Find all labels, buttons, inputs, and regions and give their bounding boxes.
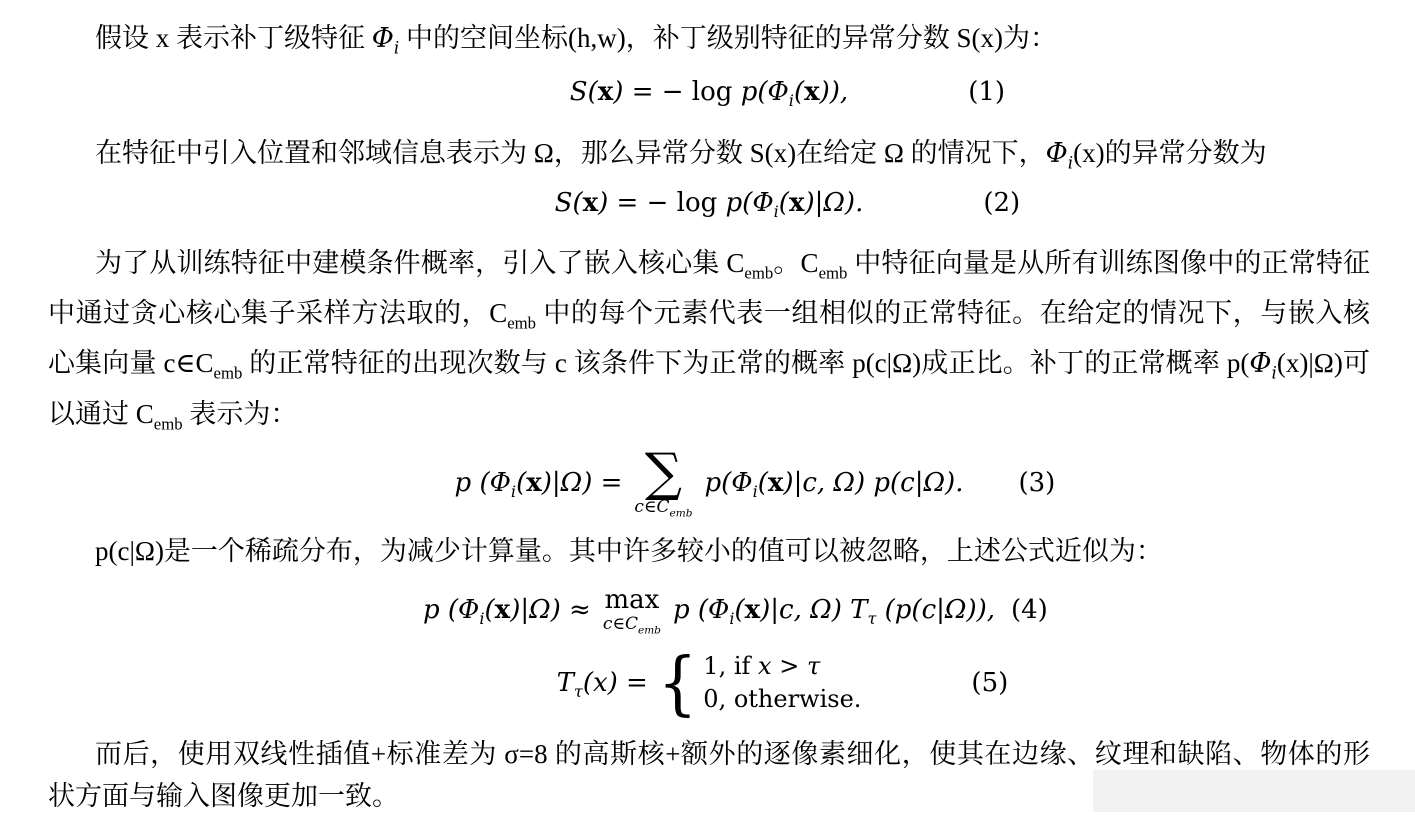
cases-block: 1, if x > τ 0, otherwise. (703, 650, 861, 716)
equation-4: p (Φi(x)|Ω) ≈ max c∈Cemb p (Φi(x)|c, Ω) … (48, 579, 1370, 641)
equation-1: S(x) = − log p(Φi(x)), (1) (48, 69, 1370, 115)
equation-3-rhs: p(Φi(x)|c, Ω) p(c|Ω). (704, 468, 963, 498)
case-line-2: 0, otherwise. (703, 683, 861, 716)
equation-2-body: S(x) = − log p(Φi(x)|Ω). (555, 188, 864, 218)
max-limits: c∈Cemb (603, 615, 661, 634)
document-page: 假设 x 表示补丁级特征 Φi 中的空间坐标(h,w)，补丁级别特征的异常分数 … (0, 0, 1415, 815)
equation-3-number: (3) (1018, 468, 1055, 498)
equation-2-number: (2) (983, 188, 1020, 218)
equation-2: S(x) = − log p(Φi(x)|Ω). (2) (48, 180, 1370, 226)
max-symbol: max (604, 587, 659, 613)
equation-1-number: (1) (968, 77, 1005, 107)
cases-brace: { (658, 651, 697, 716)
equation-5-number: (5) (971, 668, 1008, 698)
paragraph-sparse-distribution: p(c|Ω)是一个稀疏分布，为减少计算量。其中许多较小的值可以被忽略，上述公式近… (48, 531, 1370, 571)
paragraph-omega-context: 在特征中引入位置和邻域信息表示为 Ω，那么异常分数 S(x)在给定 Ω 的情况下… (48, 133, 1370, 174)
case-line-1: 1, if x > τ (703, 650, 861, 683)
summation-operator: ∑ c∈Cemb (634, 450, 692, 517)
sum-symbol: ∑ (645, 450, 682, 496)
max-operator: max c∈Cemb (603, 587, 661, 634)
equation-4-number: (4) (1011, 595, 1048, 625)
equation-4-rhs: p (Φi(x)|c, Ω) Tτ (p(c|Ω)), (673, 595, 995, 625)
sum-limits: c∈Cemb (634, 498, 692, 517)
removed-watermark-block (1093, 770, 1415, 812)
equation-4-lhs: p (Φi(x)|Ω) ≈ (423, 595, 591, 625)
equation-5: Tτ(x) = { 1, if x > τ 0, otherwise. (5) (48, 647, 1370, 719)
equation-5-lhs: Tτ(x) = (557, 668, 648, 698)
paragraph-coreset-explanation: 为了从训练特征中建模条件概率，引入了嵌入核心集 Cemb。Cemb 中特征向量是… (48, 238, 1370, 439)
paragraph-intro-patch-score: 假设 x 表示补丁级特征 Φi 中的空间坐标(h,w)，补丁级别特征的异常分数 … (48, 18, 1370, 59)
equation-1-body: S(x) = − log p(Φi(x)), (570, 77, 848, 107)
equation-3: p (Φi(x)|Ω) = ∑ c∈Cemb p(Φi(x)|c, Ω) p(c… (48, 441, 1370, 525)
equation-3-lhs: p (Φi(x)|Ω) = (455, 468, 623, 498)
